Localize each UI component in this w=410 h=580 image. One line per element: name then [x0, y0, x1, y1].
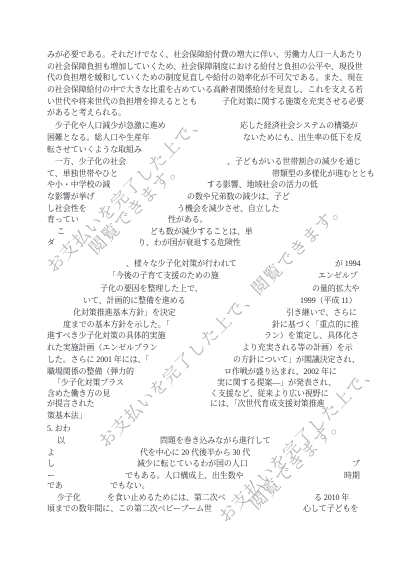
text-fragment: 、子どもがいる世帯割合の減少を通じ	[227, 157, 361, 166]
text-fragment: ラン）を策定し、具体化さ	[264, 331, 359, 340]
text-fragment: が提言された	[47, 399, 94, 408]
text-fragment: よ	[47, 448, 55, 457]
text-fragment: 実に関する提案―」が発表され、	[217, 378, 336, 387]
text-fragment: の社会保障給付の中で大きな比重を占めている高齢者関係給付を見直し、これを支える若	[47, 85, 363, 94]
text-fragment: 「今後の子育て支援のための施	[108, 271, 219, 280]
text-fragment: の社会保障負担も増加していくため、社会保障制度における給付と負担の公平や、現役世	[47, 62, 363, 71]
text-fragment: でもない。	[110, 481, 150, 490]
text-fragment: する影響、地域社会の活力の低	[207, 180, 318, 189]
text-fragment: 、様々な少子化対策が行われて	[126, 259, 237, 268]
text-fragment: 職場関係の整備（弾力的	[47, 367, 134, 376]
text-fragment: より充実される等の計画）を示	[242, 343, 353, 352]
text-fragment: し	[47, 459, 55, 468]
text-fragment: ないためにも、出生率の低下を反	[243, 133, 362, 142]
text-fragment: や小・中学校の減	[47, 180, 110, 189]
text-fragment: 度までの基本方針を示した。「	[63, 320, 170, 329]
text-fragment: 策基本法」	[47, 411, 87, 420]
text-fragment: みが必要である。それだけでなく、社会保障給付費の増大に伴い、労働力人口一人あたり	[47, 50, 363, 59]
text-fragment: 転させていくような取組み	[47, 145, 142, 154]
text-fragment: 困難となる。総人口や生産年	[47, 133, 150, 142]
text-fragment: 代の負担増を緩和していくための制度見直しや給付の効率化が不可欠である。また、現在	[47, 73, 363, 82]
text-fragment: 針に基づく「重点的に推	[272, 320, 359, 329]
text-fragment: ー	[47, 471, 55, 480]
text-fragment: 頃までの数年間に、この第二次ベビーブーム世	[47, 504, 212, 513]
text-fragment: れた実施計画（エンゼルプラン	[47, 343, 158, 352]
text-fragment: があると考えられる。	[47, 108, 126, 117]
text-fragment: く支援など、従来より広い視野に	[210, 389, 329, 398]
text-fragment: い世代や将来世代の負担増を抑えるととも	[47, 97, 197, 106]
text-fragment: 少子化や人口減少が急激に進め	[47, 121, 166, 130]
text-fragment: 1999（平成 11）	[300, 296, 357, 305]
text-fragment: ブ	[352, 459, 360, 468]
text-fragment: が 1994	[335, 259, 360, 268]
text-fragment: ダ	[47, 238, 55, 247]
text-fragment: ロ作戦が盛り込まれ、2002 年に	[224, 367, 337, 376]
text-fragment: 子化の要因を整理した上で、	[100, 284, 203, 293]
text-fragment: を食い止めるためには、第二次ベ	[107, 493, 226, 502]
text-fragment: 育ってい	[47, 215, 79, 224]
text-fragment: ども数が減少することは、単	[150, 227, 253, 236]
text-fragment: 時期	[344, 471, 360, 480]
text-fragment: の方針について」が閣議決定され、	[233, 355, 360, 364]
text-fragment: 応した経済社会システムの構築が	[240, 121, 358, 130]
text-fragment: る 2010 年	[314, 493, 349, 502]
text-fragment: 引き継いで、さらに	[286, 308, 357, 317]
text-fragment: 性がある。	[168, 215, 208, 224]
text-fragment: て、単独世帯やひと	[47, 169, 118, 178]
text-fragment: う機会を減少させ、自立した	[177, 204, 279, 213]
text-fragment: エンゼルプ	[318, 271, 358, 280]
text-fragment: 一方、少子化の社会	[47, 157, 126, 166]
text-fragment: り、わが国が衰退する危険性	[138, 238, 241, 247]
text-fragment: 「少子化対策プラス	[53, 378, 124, 387]
text-fragment: であ	[47, 481, 63, 490]
text-fragment: 帯類型の多様化が進むととも	[272, 169, 375, 178]
text-fragment: し社会性を	[47, 204, 87, 213]
text-fragment: 減少に転じているわが国の人口	[137, 459, 248, 468]
text-fragment: いて、計画的に整備を進める	[83, 296, 186, 305]
text-fragment: 代を中心に 20 代後半から 30 代	[140, 448, 250, 457]
text-fragment: 化対策推進基本方針」を決定	[73, 308, 176, 317]
text-fragment: 問題を巻き込みながら進行して	[160, 436, 271, 445]
text-fragment: 心して子どもを	[303, 504, 358, 513]
text-fragment: こ	[57, 227, 65, 236]
text-fragment: 含めた働き方の見	[47, 389, 110, 398]
text-fragment: の数や兄弟数の減少は、子ど	[187, 192, 290, 201]
text-fragment: な影響が挙げ	[47, 192, 94, 201]
text-fragment: 子化対策に関する施策を充実させる必要	[222, 97, 364, 106]
text-fragment: の量的拡大や	[312, 284, 359, 293]
text-fragment: 以	[57, 436, 65, 445]
text-fragment: 5. おわ	[47, 424, 71, 433]
text-fragment: 進すべき少子化対策の具体的実施	[47, 331, 165, 340]
document-page: みが必要である。それだけでなく、社会保障給付費の増大に伴い、労働力人口一人あたり…	[0, 0, 410, 580]
text-fragment: 少子化	[57, 493, 81, 502]
text-fragment: でもある。人口構成上、出生数や	[125, 471, 244, 480]
text-fragment: には、「次世代育成支援対策推進	[210, 399, 325, 408]
text-fragment: した。さらに 2001 年には、「	[47, 355, 149, 364]
